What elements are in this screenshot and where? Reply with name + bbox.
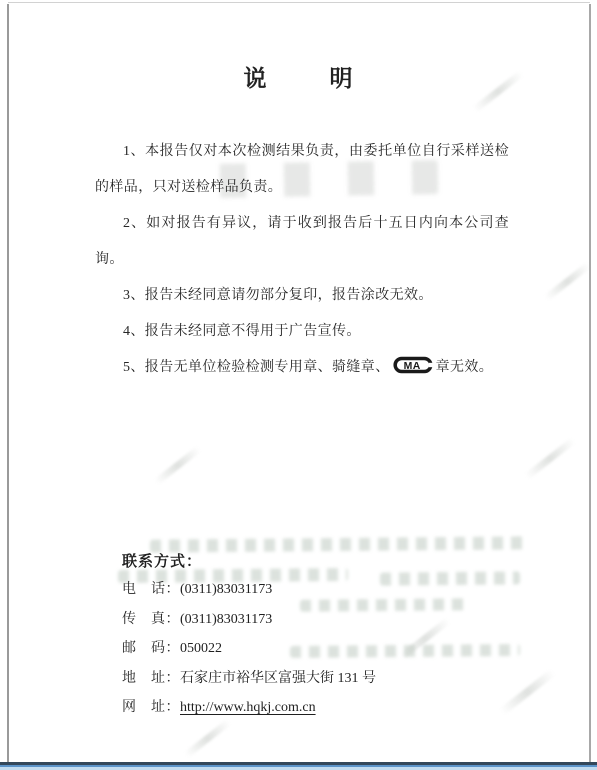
note-item-4: 4、报告未经同意不得用于广告宣传。 xyxy=(95,314,509,350)
page-title: 说 明 xyxy=(0,60,597,93)
note-item-5-text-before: 5、报告无单位检验检测专用章、骑缝章、 xyxy=(123,360,390,375)
postcode-value: 050022 xyxy=(180,641,222,656)
postcode-label: 邮 码： xyxy=(122,634,180,664)
bleed-through-artifact xyxy=(380,571,520,585)
page-title-char: 明 xyxy=(330,60,354,93)
note-item-3: 3、报告未经同意请勿部分复印，报告涂改无效。 xyxy=(95,278,509,314)
note-item-5: 5、报告无单位检验检测专用章、骑缝章、MA章无效。 xyxy=(95,350,509,386)
scan-edge-right xyxy=(589,4,591,762)
fax-value: (0311)83031173 xyxy=(180,612,272,627)
phone-value: (0311)83031173 xyxy=(180,582,272,597)
contact-row-website: 网 址：http://www.hqkj.com.cn xyxy=(122,693,376,723)
contact-row-fax: 传 真：(0311)83031173 xyxy=(122,605,376,635)
address-value: 石家庄市裕华区富强大街 131 号 xyxy=(180,671,376,686)
address-label: 地 址： xyxy=(122,664,180,694)
scan-streak xyxy=(544,262,592,301)
scan-streak xyxy=(399,617,451,659)
notes-list: 1、本报告仅对本次检测结果负责，由委托单位自行采样送检的样品，只对送检样品负责。… xyxy=(95,134,509,386)
contact-row-phone: 电 话：(0311)83031173 xyxy=(122,575,376,605)
phone-label: 电 话： xyxy=(122,575,180,605)
website-link[interactable]: http://www.hqkj.com.cn xyxy=(180,700,316,715)
note-item-2: 2、如对报告有异议，请于收到报告后十五日内向本公司查询。 xyxy=(95,206,509,278)
scan-edge-left xyxy=(7,4,9,762)
contact-heading: 联系方式： xyxy=(122,551,376,573)
contact-section: 联系方式： 电 话：(0311)83031173 传 真：(0311)83031… xyxy=(122,551,376,723)
scan-edge-top xyxy=(8,2,590,3)
contact-row-address: 地 址：石家庄市裕华区富强大街 131 号 xyxy=(122,664,376,694)
scanned-report-page: 说 明 1、本报告仅对本次检测结果负责，由委托单位自行采样送检的样品，只对送检样… xyxy=(0,0,597,770)
scan-streak xyxy=(499,669,555,715)
scan-streak xyxy=(524,437,576,479)
page-title-char: 说 xyxy=(244,60,268,93)
contact-row-postcode: 邮 码：050022 xyxy=(122,634,376,664)
cma-mark-icon: MA xyxy=(393,356,433,374)
contact-rows: 电 话：(0311)83031173 传 真：(0311)83031173 邮 … xyxy=(122,575,376,723)
scan-streak xyxy=(154,446,202,485)
svg-text:MA: MA xyxy=(403,361,420,372)
scan-streak xyxy=(184,719,232,758)
scan-edge-bottom xyxy=(0,762,597,770)
website-label: 网 址： xyxy=(122,693,180,723)
fax-label: 传 真： xyxy=(122,605,180,635)
note-item-5-text-after: 章无效。 xyxy=(436,360,494,375)
note-item-1: 1、本报告仅对本次检测结果负责，由委托单位自行采样送检的样品，只对送检样品负责。 xyxy=(95,134,509,206)
